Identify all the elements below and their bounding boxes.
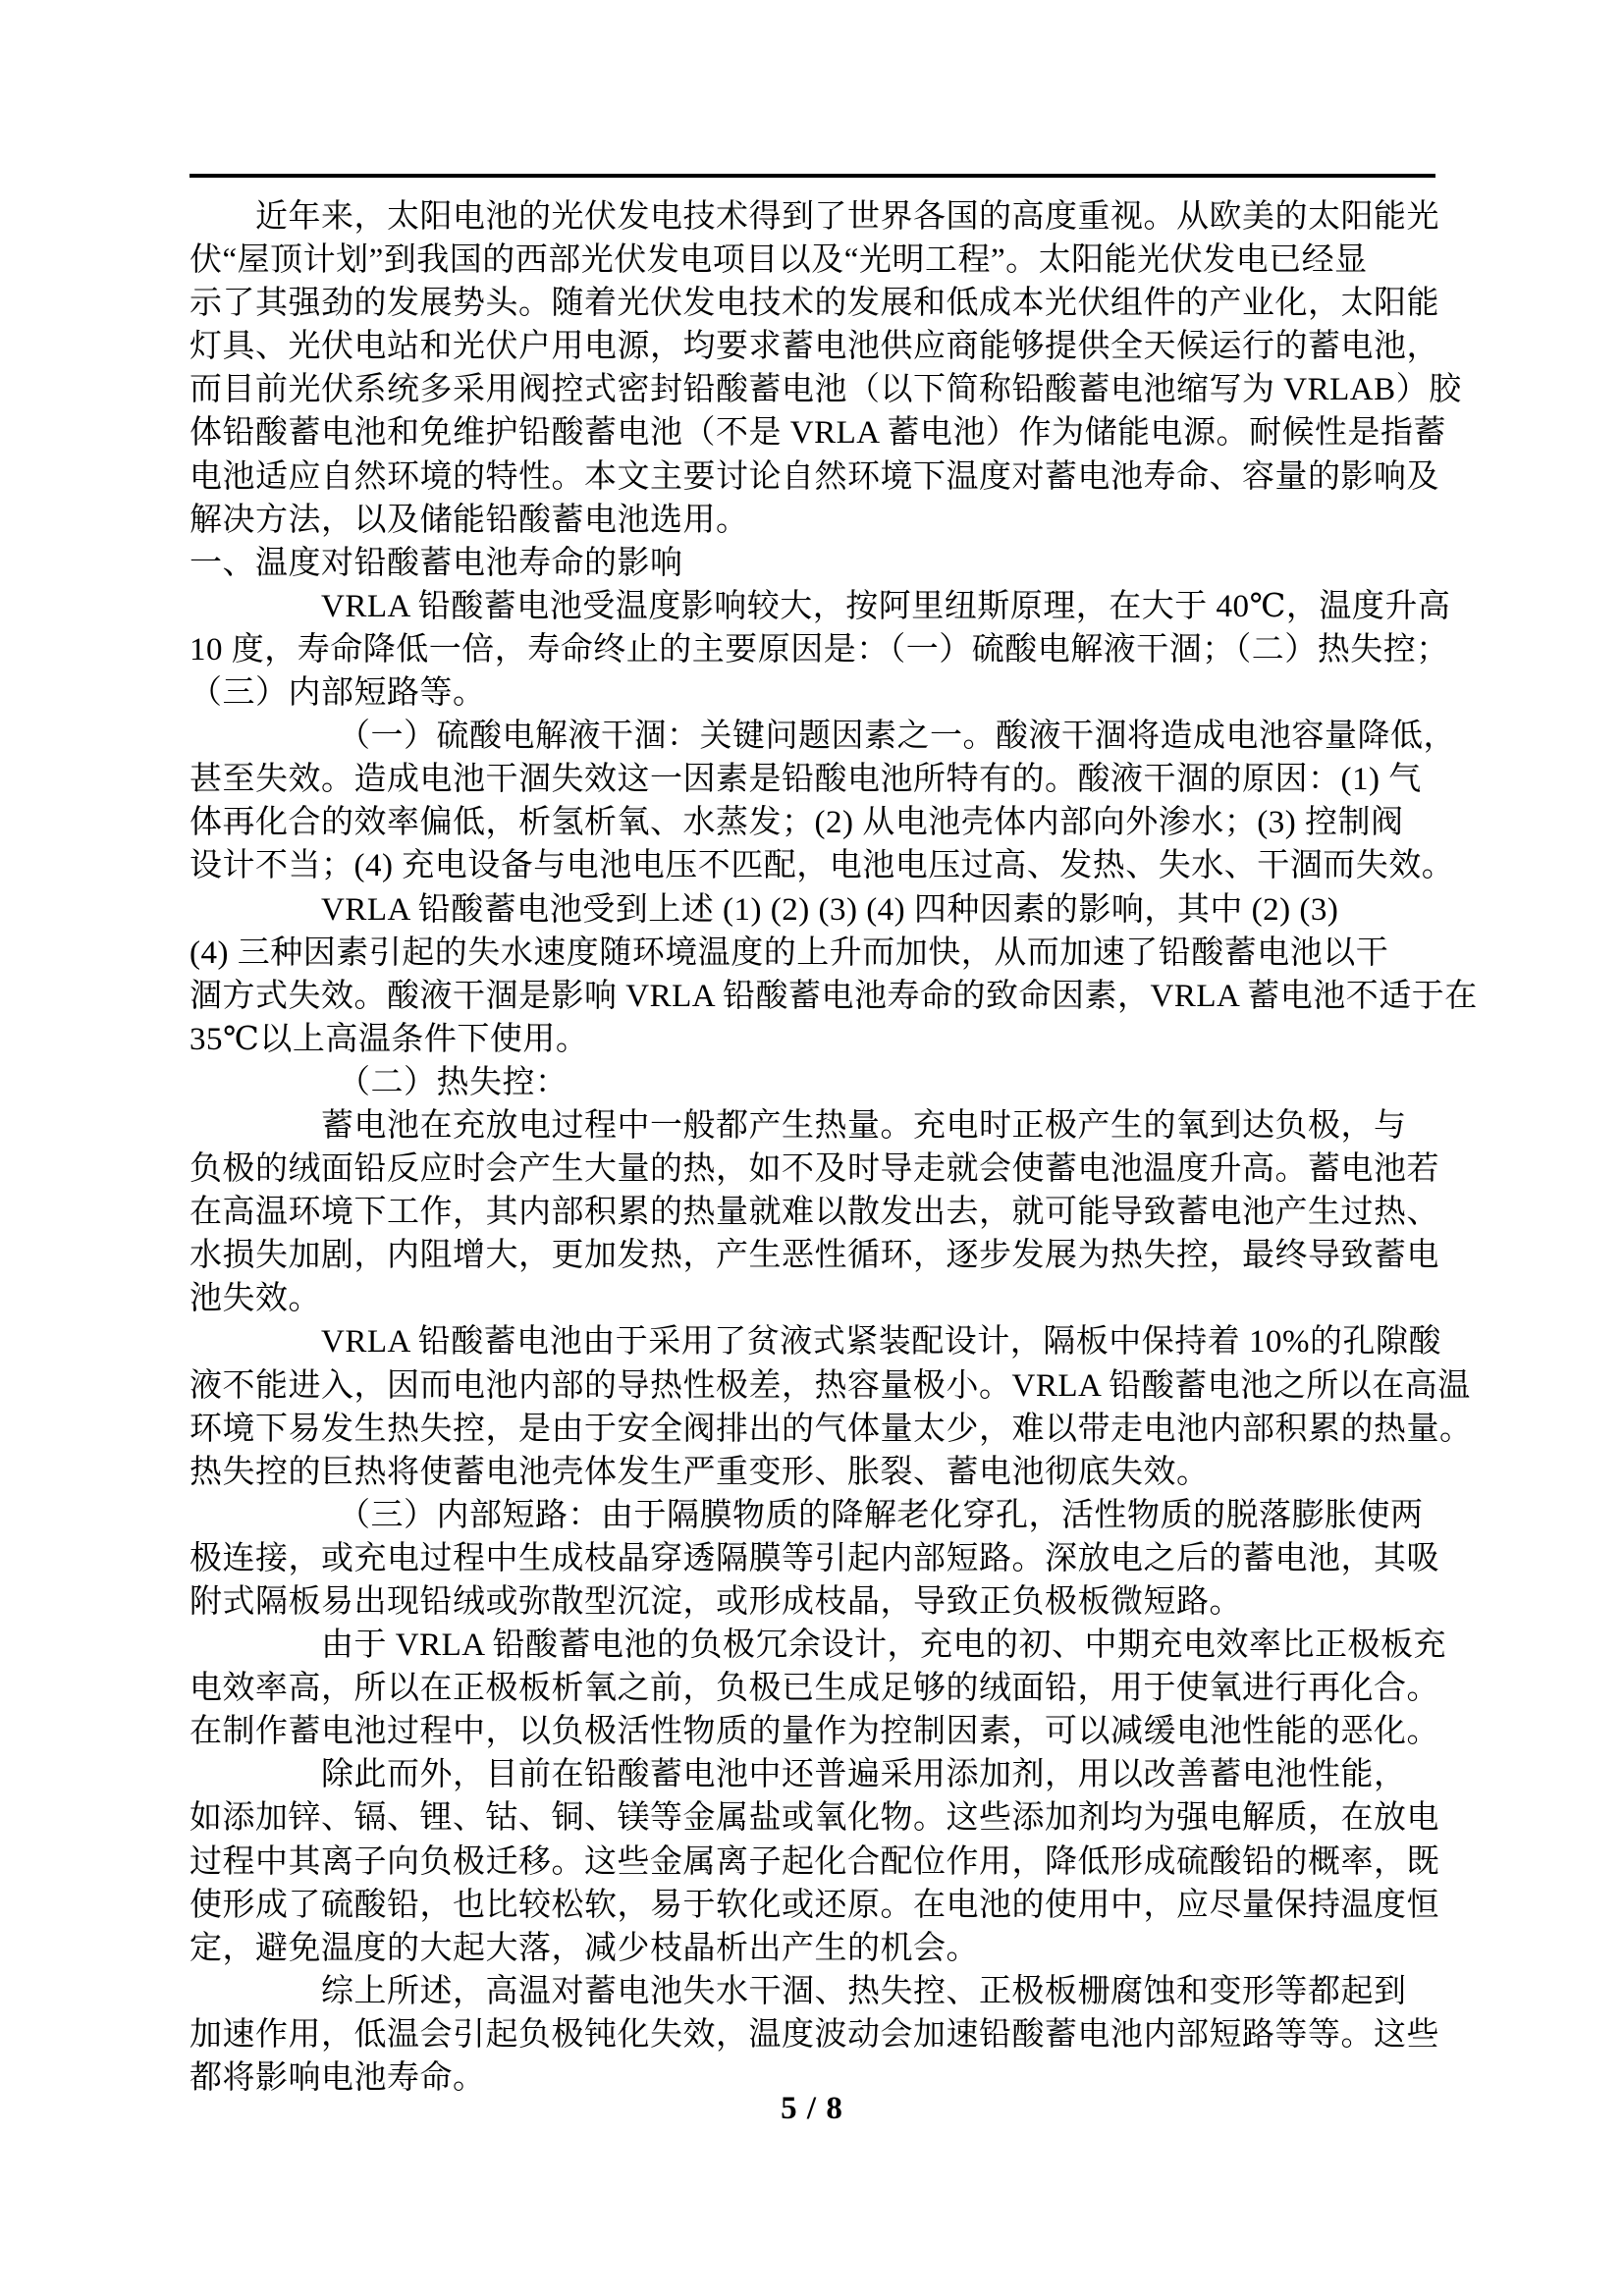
text-line: 在高温环境下工作，其内部积累的热量就难以散发出去，就可能导致蓄电池产生过热、 <box>189 1191 1446 1234</box>
text-line: 使形成了硫酸铅，也比较松软，易于软化或还原。在电池的使用中，应尽量保持温度恒 <box>189 1884 1446 1927</box>
text-line: 灯具、光伏电站和光伏户用电源，均要求蓄电池供应商能够提供全天候运行的蓄电池， <box>189 325 1446 368</box>
text-line: 35℃以上高温条件下使用。 <box>189 1018 1446 1061</box>
text-line: 解决方法，以及储能铅酸蓄电池选用。 <box>189 499 1446 542</box>
text-line: 而目前光伏系统多采用阀控式密封铅酸蓄电池（以下简称铅酸蓄电池缩写为 VRLAB）… <box>189 368 1446 411</box>
text-line: 负极的绒面铅反应时会产生大量的热，如不及时导走就会使蓄电池温度升高。蓄电池若 <box>189 1148 1446 1191</box>
text-line: 伏“屋顶计划”到我国的西部光伏发电项目以及“光明工程”。太阳能光伏发电已经显 <box>189 239 1446 282</box>
text-line: 如添加锌、镉、锂、钴、铜、镁等金属盐或氧化物。这些添加剂均为强电解质，在放电 <box>189 1796 1446 1840</box>
text-line: 体铅酸蓄电池和免维护铅酸蓄电池（不是 VRLA 蓄电池）作为储能电源。耐候性是指… <box>189 411 1446 454</box>
document-body: 近年来，太阳电池的光伏发电技术得到了世界各国的高度重视。从欧美的太阳能光伏“屋顶… <box>189 195 1446 2100</box>
text-line: VRLA 铅酸蓄电池受温度影响较大，按阿里纽斯原理，在大于 40℃，温度升高 <box>189 585 1446 628</box>
text-line: 极连接，或充电过程中生成枝晶穿透隔膜等引起内部短路。深放电之后的蓄电池，其吸 <box>189 1537 1446 1580</box>
text-line: 蓄电池在充放电过程中一般都产生热量。充电时正极产生的氧到达负极，与 <box>189 1104 1446 1148</box>
text-line: 水损失加剧，内阻增大，更加发热，产生恶性循环，逐步发展为热失控，最终导致蓄电 <box>189 1234 1446 1277</box>
text-line: 除此而外，目前在铅酸蓄电池中还普遍采用添加剂，用以改善蓄电池性能， <box>189 1753 1446 1796</box>
page-footer: 5 / 8 <box>0 2087 1624 2130</box>
text-line: 甚至失效。造成电池干涸失效这一因素是铅酸电池所特有的。酸液干涸的原因：(1) 气 <box>189 758 1446 801</box>
text-line: 涸方式失效。酸液干涸是影响 VRLA 铅酸蓄电池寿命的致命因素，VRLA 蓄电池… <box>189 975 1446 1018</box>
text-line: 池失效。 <box>189 1277 1446 1320</box>
header-rule <box>189 174 1435 178</box>
text-line: 过程中其离子向负极迁移。这些金属离子起化合配位作用，降低形成硫酸铅的概率，既 <box>189 1841 1446 1884</box>
text-line: 综上所述，高温对蓄电池失水干涸、热失控、正极板栅腐蚀和变形等都起到 <box>189 1970 1446 2013</box>
text-line: （二）热失控： <box>189 1061 1446 1104</box>
page-number: 5 / 8 <box>781 2091 843 2126</box>
text-line: 在制作蓄电池过程中，以负极活性物质的量作为控制因素，可以减缓电池性能的恶化。 <box>189 1710 1446 1753</box>
text-line: （一）硫酸电解液干涸：关键问题因素之一。酸液干涸将造成电池容量降低， <box>189 715 1446 758</box>
text-line: VRLA 铅酸蓄电池受到上述 (1) (2) (3) (4) 四种因素的影响，其… <box>189 888 1446 932</box>
text-line: 液不能进入，因而电池内部的导热性极差，热容量极小。VRLA 铅酸蓄电池之所以在高… <box>189 1364 1446 1408</box>
text-line: 附式隔板易出现铅绒或弥散型沉淀，或形成枝晶，导致正负极板微短路。 <box>189 1580 1446 1624</box>
text-line: 10 度，寿命降低一倍，寿命终止的主要原因是：（一）硫酸电解液干涸；（二）热失控… <box>189 628 1446 671</box>
text-line: 热失控的巨热将使蓄电池壳体发生严重变形、胀裂、蓄电池彻底失效。 <box>189 1451 1446 1494</box>
document-page: 近年来，太阳电池的光伏发电技术得到了世界各国的高度重视。从欧美的太阳能光伏“屋顶… <box>0 0 1624 2296</box>
text-line: 设计不当；(4) 充电设备与电池电压不匹配，电池电压过高、发热、失水、干涸而失效… <box>189 844 1446 887</box>
text-line: 定，避免温度的大起大落，减少枝晶析出产生的机会。 <box>189 1927 1446 1970</box>
text-line: VRLA 铅酸蓄电池由于采用了贫液式紧装配设计，隔板中保持着 10%的孔隙酸 <box>189 1320 1446 1363</box>
text-line: （三）内部短路等。 <box>189 671 1446 715</box>
text-line: 加速作用，低温会引起负极钝化失效，温度波动会加速铅酸蓄电池内部短路等等。这些 <box>189 2013 1446 2056</box>
text-line: 电效率高，所以在正极板析氧之前，负极已生成足够的绒面铅，用于使氧进行再化合。 <box>189 1667 1446 1710</box>
text-line: (4) 三种因素引起的失水速度随环境温度的上升而加快，从而加速了铅酸蓄电池以干 <box>189 932 1446 975</box>
text-line: 电池适应自然环境的特性。本文主要讨论自然环境下温度对蓄电池寿命、容量的影响及 <box>189 455 1446 499</box>
text-line: 一、温度对铅酸蓄电池寿命的影响 <box>189 542 1446 585</box>
text-line: 近年来，太阳电池的光伏发电技术得到了世界各国的高度重视。从欧美的太阳能光 <box>189 195 1446 239</box>
text-line: 体再化合的效率偏低，析氢析氧、水蒸发；(2) 从电池壳体内部向外渗水；(3) 控… <box>189 801 1446 844</box>
text-line: 由于 VRLA 铅酸蓄电池的负极冗余设计，充电的初、中期充电效率比正极板充 <box>189 1624 1446 1667</box>
text-line: （三）内部短路：由于隔膜物质的降解老化穿孔，活性物质的脱落膨胀使两 <box>189 1494 1446 1537</box>
text-line: 示了其强劲的发展势头。随着光伏发电技术的发展和低成本光伏组件的产业化，太阳能 <box>189 282 1446 325</box>
text-line: 环境下易发生热失控，是由于安全阀排出的气体量太少，难以带走电池内部积累的热量。 <box>189 1408 1446 1451</box>
